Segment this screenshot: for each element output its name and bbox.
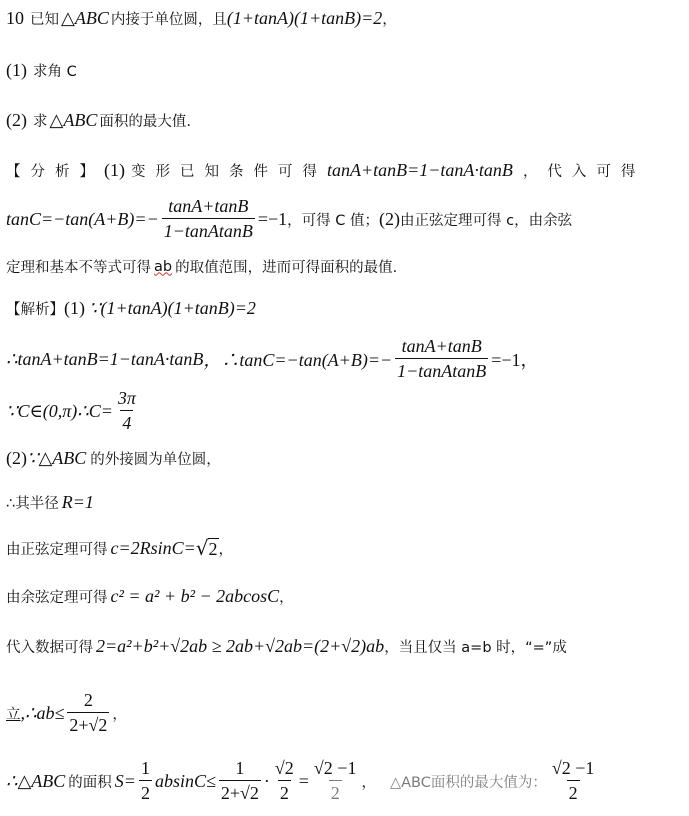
sine-rule-text: 由正弦定理可得: [6, 538, 108, 559]
analysis-p1-end: ，可得 C 值；: [287, 209, 379, 230]
solution-line-7: 由余弦定理可得 c² = a² + b² − 2abcosC ，: [6, 586, 294, 607]
triangle-abc: ∴△ABC: [6, 771, 65, 792]
fraction: 1 2+√2: [219, 758, 261, 804]
ab-spell-flagged: ab: [154, 259, 172, 275]
fraction: 2 2+√2: [67, 690, 109, 736]
analysis-line-1: 【分析】 (1) 变形已知条件可得 tanA+tanB=1−tanA·tanB …: [6, 160, 645, 181]
comma: ，: [279, 586, 294, 607]
analysis-p2-text: 由正弦定理可得 c，由余弦: [400, 209, 572, 230]
stem-text: 已知: [30, 8, 59, 29]
li-char: 立: [6, 703, 21, 724]
analysis-line-3: 定理和基本不等式可得 ab 的取值范围，进而可得面积的最值.: [6, 256, 397, 277]
fraction-denominator: 2+√2: [219, 780, 261, 804]
triangle-abc: △ABC: [61, 8, 109, 29]
area-text: 的面积: [68, 771, 112, 792]
problem-number: 10: [6, 8, 24, 29]
solution-s1-label: (1): [64, 298, 85, 319]
analysis-formula: tanA+tanB=1−tanA·tanB: [327, 160, 513, 181]
fraction-3pi-4: 3π 4: [116, 388, 138, 434]
solution-radius-text: ∴其半径: [6, 492, 59, 513]
fraction-denominator: 2+√2: [67, 712, 109, 736]
solution-tan-sum: ∴tanA+tanB=1−tanA·tanB: [6, 349, 203, 370]
analysis-p1-text: 变形已知条件可得: [131, 160, 327, 181]
analysis-tag: 【分析】: [6, 160, 104, 181]
sqrt-radicand: 2: [208, 538, 219, 560]
fraction: tanA+tanB 1−tanAtanB: [162, 196, 255, 242]
fraction-denominator: 2: [139, 780, 152, 804]
equals: =: [299, 771, 309, 792]
analysis-p2-suffix: 的取值范围，进而可得面积的最值.: [175, 256, 397, 277]
solution-tag: 【解析】: [6, 298, 64, 319]
solution-line-4: (2) ∵△ABC 的外接圆为单位圆，: [6, 448, 221, 469]
fraction-half: 1 2: [139, 758, 152, 804]
stem-text-middle: 内接于单位圆，且: [111, 8, 227, 29]
radius-formula: R=1: [62, 492, 94, 513]
triangle-abc: △ABC: [50, 110, 98, 131]
fraction-denominator: 2: [278, 780, 291, 804]
part2-prefix: 求: [33, 110, 48, 131]
fraction-numerator: 3π: [116, 388, 138, 410]
solution-line-3: ∵C∈(0,π)∴C= 3π 4: [6, 388, 141, 434]
fraction-numerator: 2: [82, 690, 95, 712]
solution-line-10: ∴△ABC 的面积 S= 1 2 absinC≤ 1 2+√2 · √2 2 =…: [6, 758, 599, 804]
solution-line-9: 立 ,∴ab≤ 2 2+√2 ，: [6, 690, 127, 736]
sine-rule-formula: c=2RsinC=: [111, 538, 196, 559]
solution-line-1: 【解析】 (1) ∵(1+tanA)(1+tanB)=2: [6, 298, 256, 319]
part-1: (1) 求角 C: [6, 60, 77, 81]
part-2: (2) 求 △ABC 面积的最大值.: [6, 110, 191, 131]
part2-text: 面积的最大值.: [99, 110, 191, 131]
tanc-formula-rhs: =−1: [258, 209, 287, 230]
analysis-p2-label: (2): [379, 209, 400, 230]
solution-s2-label: (2): [6, 448, 27, 469]
analysis-continue: ，代入可得: [523, 160, 646, 181]
solution-line-5: ∴其半径 R=1: [6, 492, 94, 513]
analysis-p1-label: (1): [104, 160, 125, 181]
sqrt-2: √ 2: [196, 536, 219, 560]
tanc-formula-lhs: tanC=−tan(A+B)=−: [6, 209, 159, 230]
fraction: √2 −1 2: [312, 758, 359, 804]
solution-line-8: 代入数据可得 2=a²+b²+√2ab ≥ 2ab+√2ab=(2+√2)ab …: [6, 636, 567, 657]
comma: ，: [219, 538, 234, 559]
equality-condition-text: ，当且仅当 a=b 时，“=”成: [384, 636, 567, 657]
condition-formula: (1+tanA)(1+tanB)=2: [227, 8, 382, 29]
problem-stem: 10 已知 △ABC 内接于单位圆，且 (1+tanA)(1+tanB)=2 ，: [6, 8, 397, 29]
dot-operator: ·: [264, 771, 270, 792]
triangle-abc: ∵△ABC: [27, 448, 86, 469]
fraction-denominator: 2: [329, 780, 342, 804]
analysis-p2-prefix: 定理和基本不等式可得: [6, 256, 151, 277]
fraction-numerator: 1: [139, 758, 152, 780]
solution-line-2: ∴tanA+tanB=1−tanA·tanB ，∴tanC=−tan(A+B)=…: [6, 336, 539, 382]
stem-end: ，: [382, 8, 397, 29]
area-formula: absinC≤: [155, 771, 216, 792]
fraction-denominator: 2: [567, 780, 580, 804]
fraction-denominator: 1−tanAtanB: [395, 358, 488, 382]
fraction-denominator: 4: [120, 410, 133, 434]
fraction: √2 2: [273, 758, 296, 804]
solution-tanc: ，∴tanC=−tan(A+B)=−: [203, 346, 392, 372]
part1-label: (1): [6, 60, 27, 81]
max-area-text: △ABC面积的最大值为：: [390, 771, 547, 792]
solution-circumcircle-text: 的外接圆为单位圆，: [90, 448, 221, 469]
fraction-numerator: 1: [233, 758, 246, 780]
ab-bound: ,∴ab≤: [21, 703, 65, 724]
solution-tanc-result: =−1，: [491, 346, 538, 372]
solution-s1-given: ∵(1+tanA)(1+tanB)=2: [89, 298, 256, 319]
fraction-numerator: √2: [273, 758, 296, 780]
fraction: tanA+tanB 1−tanAtanB: [395, 336, 488, 382]
inequality-formula: 2=a²+b²+√2ab ≥ 2ab+√2ab=(2+√2)ab: [96, 636, 384, 657]
fraction-numerator: √2 −1: [312, 758, 359, 780]
fraction-denominator: 1−tanAtanB: [162, 218, 255, 242]
area-symbol: S=: [115, 771, 136, 792]
analysis-line-2: tanC=−tan(A+B)=− tanA+tanB 1−tanAtanB =−…: [6, 196, 572, 242]
solution-line-6: 由正弦定理可得 c=2RsinC= √ 2 ，: [6, 536, 233, 560]
cosine-rule-formula: c² = a² + b² − 2abcosC: [111, 586, 280, 607]
cosine-rule-text: 由余弦定理可得: [6, 586, 108, 607]
part1-text: 求角 C: [33, 60, 77, 81]
part2-label: (2): [6, 110, 27, 131]
comma: ，: [112, 703, 127, 724]
fraction-numerator: √2 −1: [550, 758, 597, 780]
solution-c-range: ∵C∈(0,π)∴C=: [6, 401, 113, 422]
comma: ，: [361, 771, 376, 792]
fraction-numerator: tanA+tanB: [400, 336, 484, 358]
substitute-text: 代入数据可得: [6, 636, 93, 657]
fraction-max-area: √2 −1 2: [550, 758, 597, 804]
fraction-numerator: tanA+tanB: [166, 196, 250, 218]
